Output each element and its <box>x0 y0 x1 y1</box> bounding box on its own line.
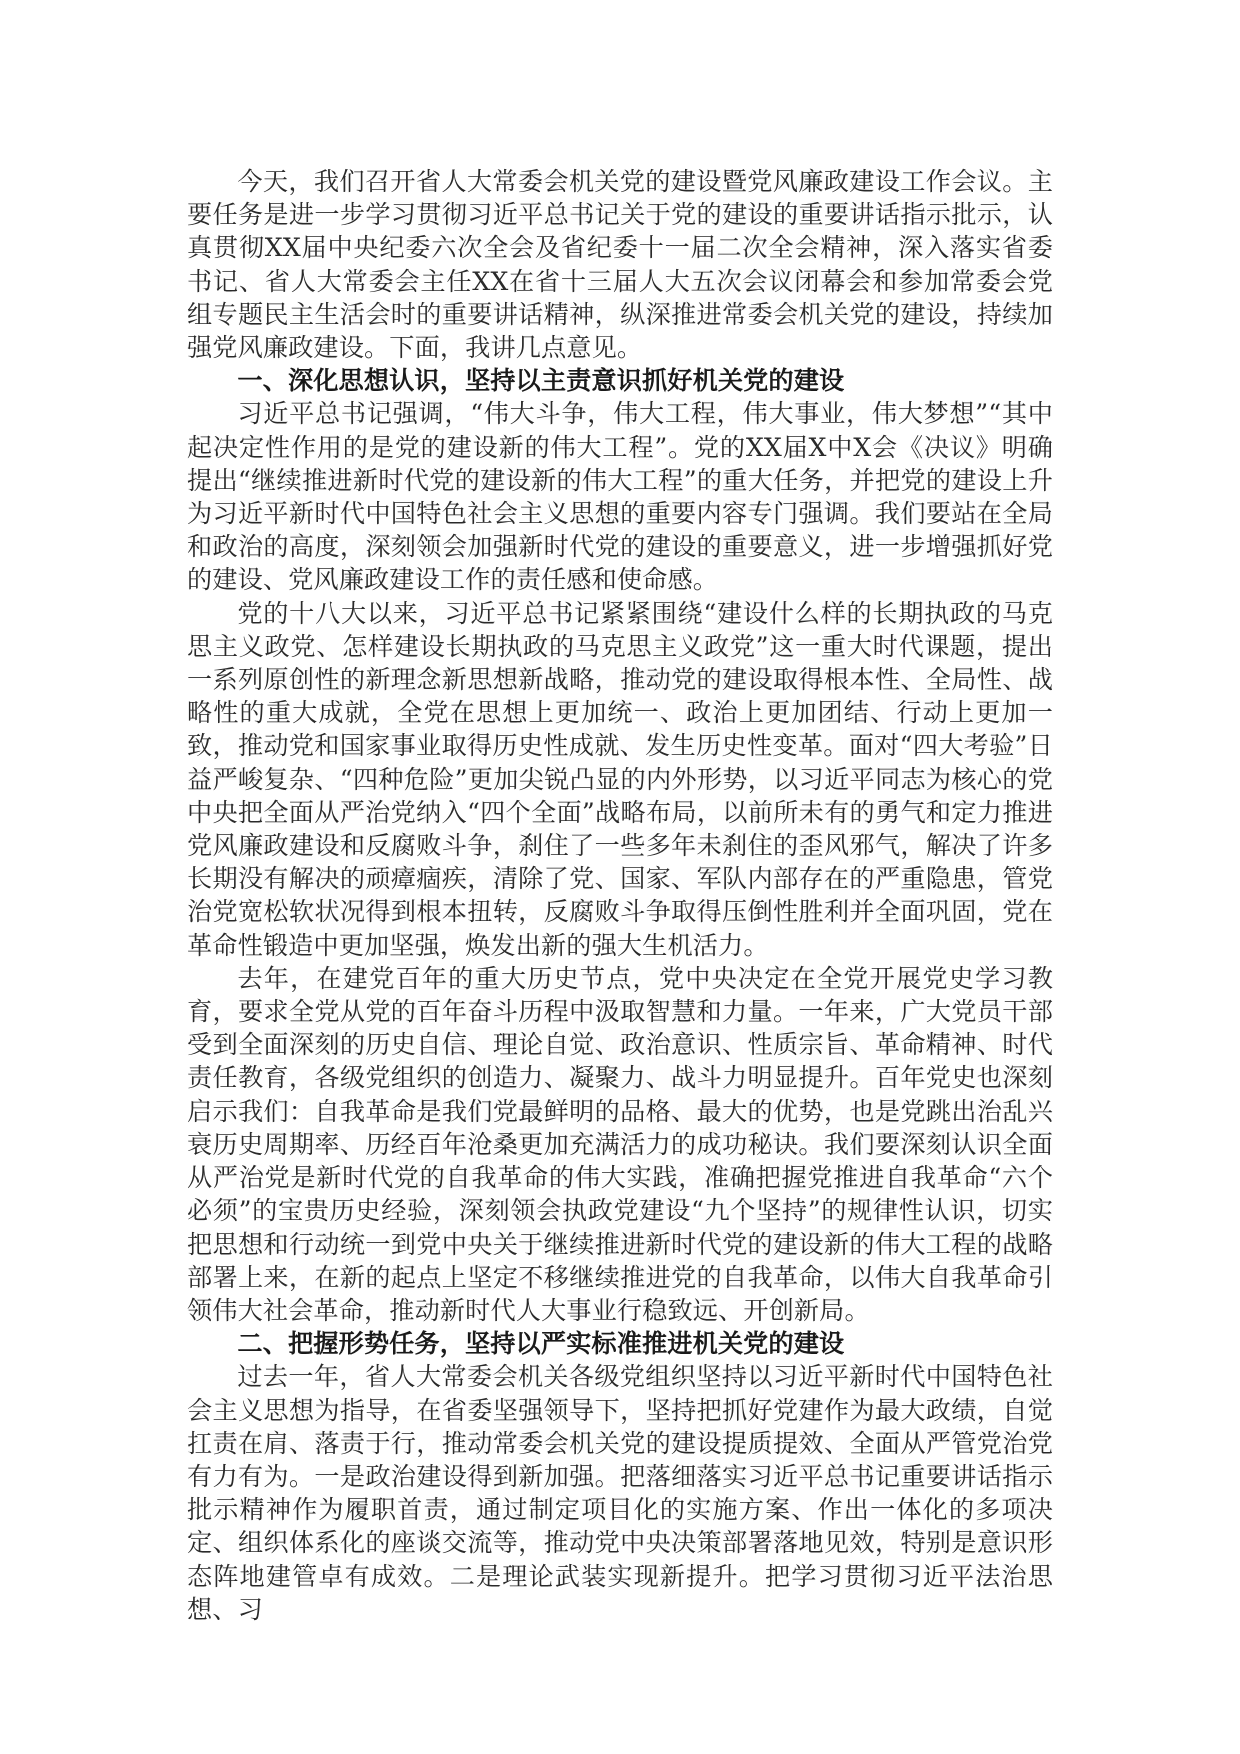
section-1-paragraph-3: 去年，在建党百年的重大历史节点，党中央决定在全党开展党史学习教育，要求全党从党的… <box>187 962 1053 1327</box>
intro-paragraph: 今天，我们召开省人大常委会机关党的建设暨党风廉政建设工作会议。主要任务是进一步学… <box>187 165 1053 364</box>
document-page: 今天，我们召开省人大常委会机关党的建设暨党风廉政建设工作会议。主要任务是进一步学… <box>187 165 1053 1626</box>
section-1-heading: 一、深化思想认识，坚持以主责意识抓好机关党的建设 <box>187 364 1053 397</box>
section-2-paragraph-1: 过去一年，省人大常委会机关各级党组织坚持以习近平新时代中国特色社会主义思想为指导… <box>187 1360 1053 1626</box>
section-1-paragraph-2: 党的十八大以来，习近平总书记紧紧围绕“建设什么样的长期执政的马克思主义政党、怎样… <box>187 597 1053 962</box>
section-1-paragraph-1: 习近平总书记强调，“伟大斗争，伟大工程，伟大事业，伟大梦想”“其中起决定性作用的… <box>187 397 1053 596</box>
section-2-heading: 二、把握形势任务，坚持以严实标准推进机关党的建设 <box>187 1327 1053 1360</box>
